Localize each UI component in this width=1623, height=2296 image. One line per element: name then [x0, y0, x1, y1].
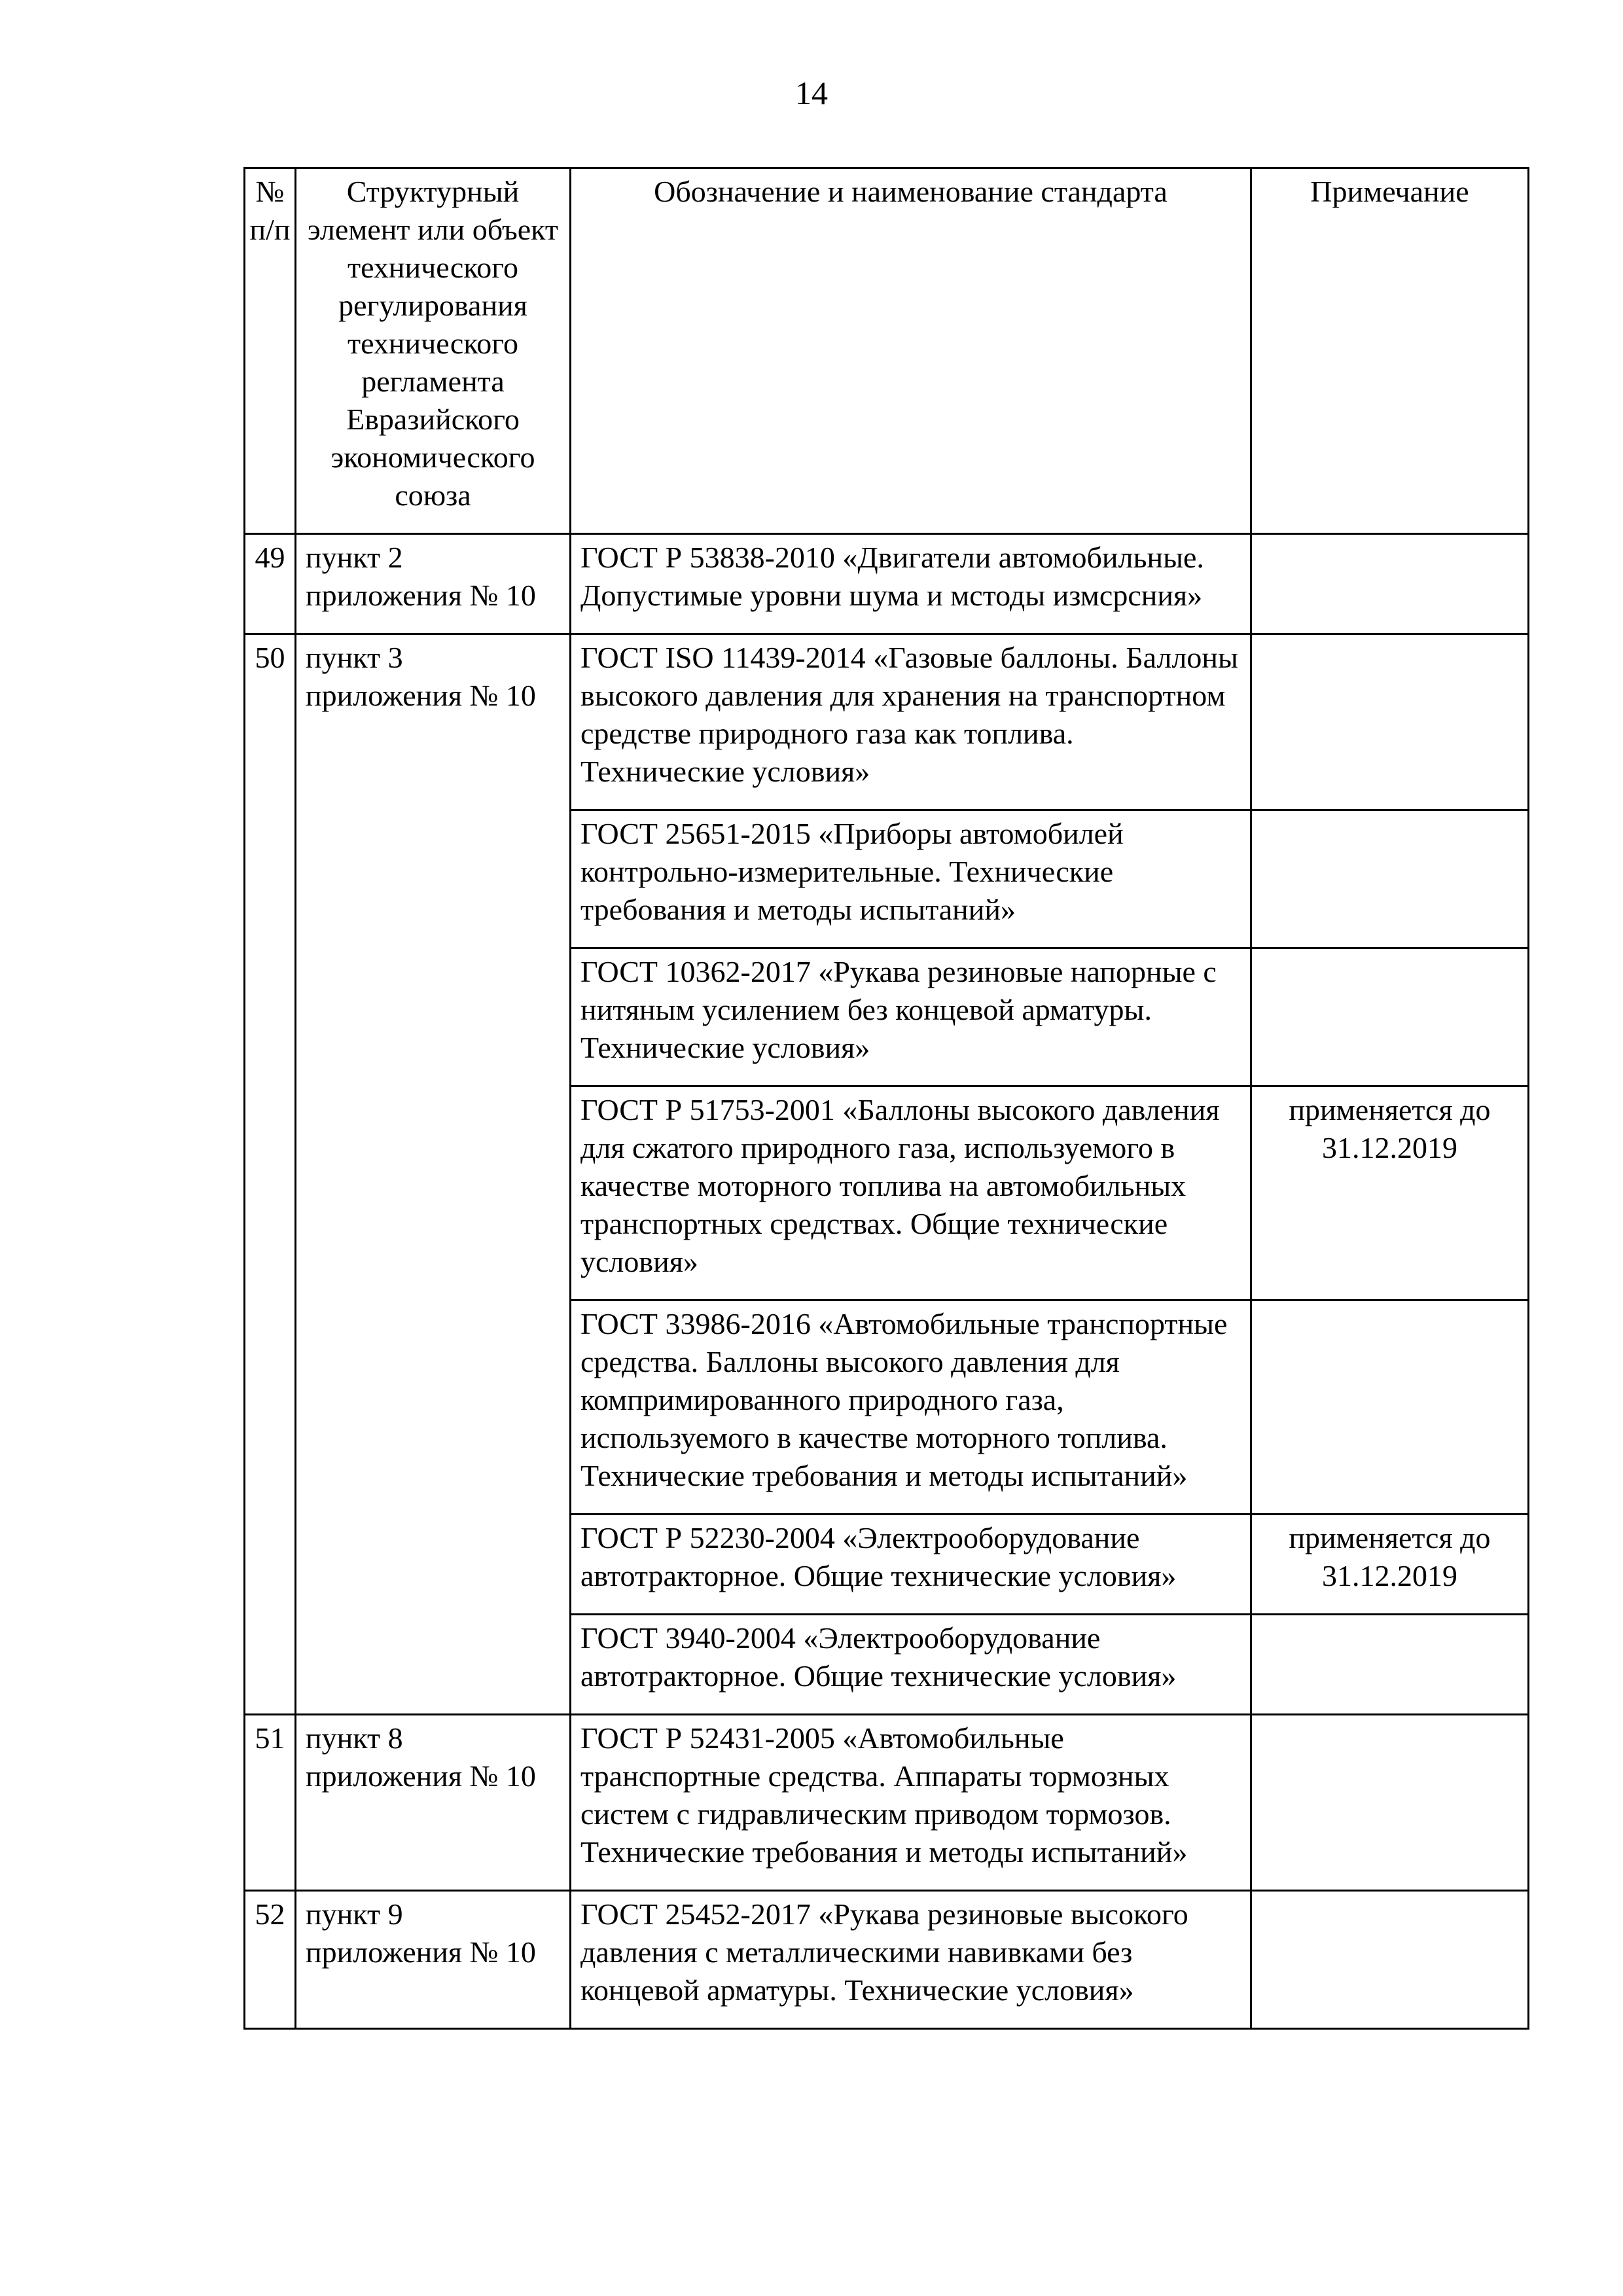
header-element: Структурный элемент или объект техническ… — [296, 168, 571, 534]
row-number: 50 — [245, 634, 296, 1715]
standard-designation: ГОСТ 25452-2017 «Рукава резиновые высоко… — [571, 1891, 1251, 2029]
standard-designation: ГОСТ 33986-2016 «Автомобильные транспорт… — [571, 1300, 1251, 1515]
standard-designation: ГОСТ Р 53838-2010 «Двигатели автомобильн… — [571, 534, 1251, 634]
table-body: 49пункт 2 приложения № 10ГОСТ Р 53838-20… — [245, 534, 1529, 2029]
header-standard: Обозначение и наименование стандарта — [571, 168, 1251, 534]
structural-element: пункт 9 приложения № 10 — [296, 1891, 571, 2029]
header-num: № п/п — [245, 168, 296, 534]
standards-table: № п/п Структурный элемент или объект тех… — [243, 167, 1529, 2030]
note: применяется до 31.12.2019 — [1251, 1515, 1529, 1615]
standard-designation: ГОСТ 3940-2004 «Электрооборудование авто… — [571, 1615, 1251, 1715]
note — [1251, 948, 1529, 1086]
note — [1251, 634, 1529, 810]
note — [1251, 1615, 1529, 1715]
standard-designation: ГОСТ ISO 11439-2014 «Газовые баллоны. Ба… — [571, 634, 1251, 810]
standard-designation: ГОСТ Р 51753-2001 «Баллоны высокого давл… — [571, 1086, 1251, 1300]
table-row: 52пункт 9 приложения № 10ГОСТ 25452-2017… — [245, 1891, 1529, 2029]
standard-designation: ГОСТ Р 52431-2005 «Автомобильные транспо… — [571, 1715, 1251, 1891]
note — [1251, 1715, 1529, 1891]
note: применяется до 31.12.2019 — [1251, 1086, 1529, 1300]
note — [1251, 534, 1529, 634]
row-number: 52 — [245, 1891, 296, 2029]
row-number: 51 — [245, 1715, 296, 1891]
table-row: 51пункт 8 приложения № 10ГОСТ Р 52431-20… — [245, 1715, 1529, 1891]
structural-element: пункт 8 приложения № 10 — [296, 1715, 571, 1891]
table-header-row: № п/п Структурный элемент или объект тех… — [245, 168, 1529, 534]
note — [1251, 1891, 1529, 2029]
note — [1251, 810, 1529, 948]
table-row: 50пункт 3 приложения № 10ГОСТ ISO 11439-… — [245, 634, 1529, 810]
structural-element: пункт 3 приложения № 10 — [296, 634, 571, 1715]
table-row: 49пункт 2 приложения № 10ГОСТ Р 53838-20… — [245, 534, 1529, 634]
structural-element: пункт 2 приложения № 10 — [296, 534, 571, 634]
standard-designation: ГОСТ Р 52230-2004 «Электрооборудование а… — [571, 1515, 1251, 1615]
page-number: 14 — [0, 73, 1623, 113]
standard-designation: ГОСТ 25651-2015 «Приборы автомобилей кон… — [571, 810, 1251, 948]
standard-designation: ГОСТ 10362-2017 «Рукава резиновые напорн… — [571, 948, 1251, 1086]
row-number: 49 — [245, 534, 296, 634]
header-note: Примечание — [1251, 168, 1529, 534]
note — [1251, 1300, 1529, 1515]
